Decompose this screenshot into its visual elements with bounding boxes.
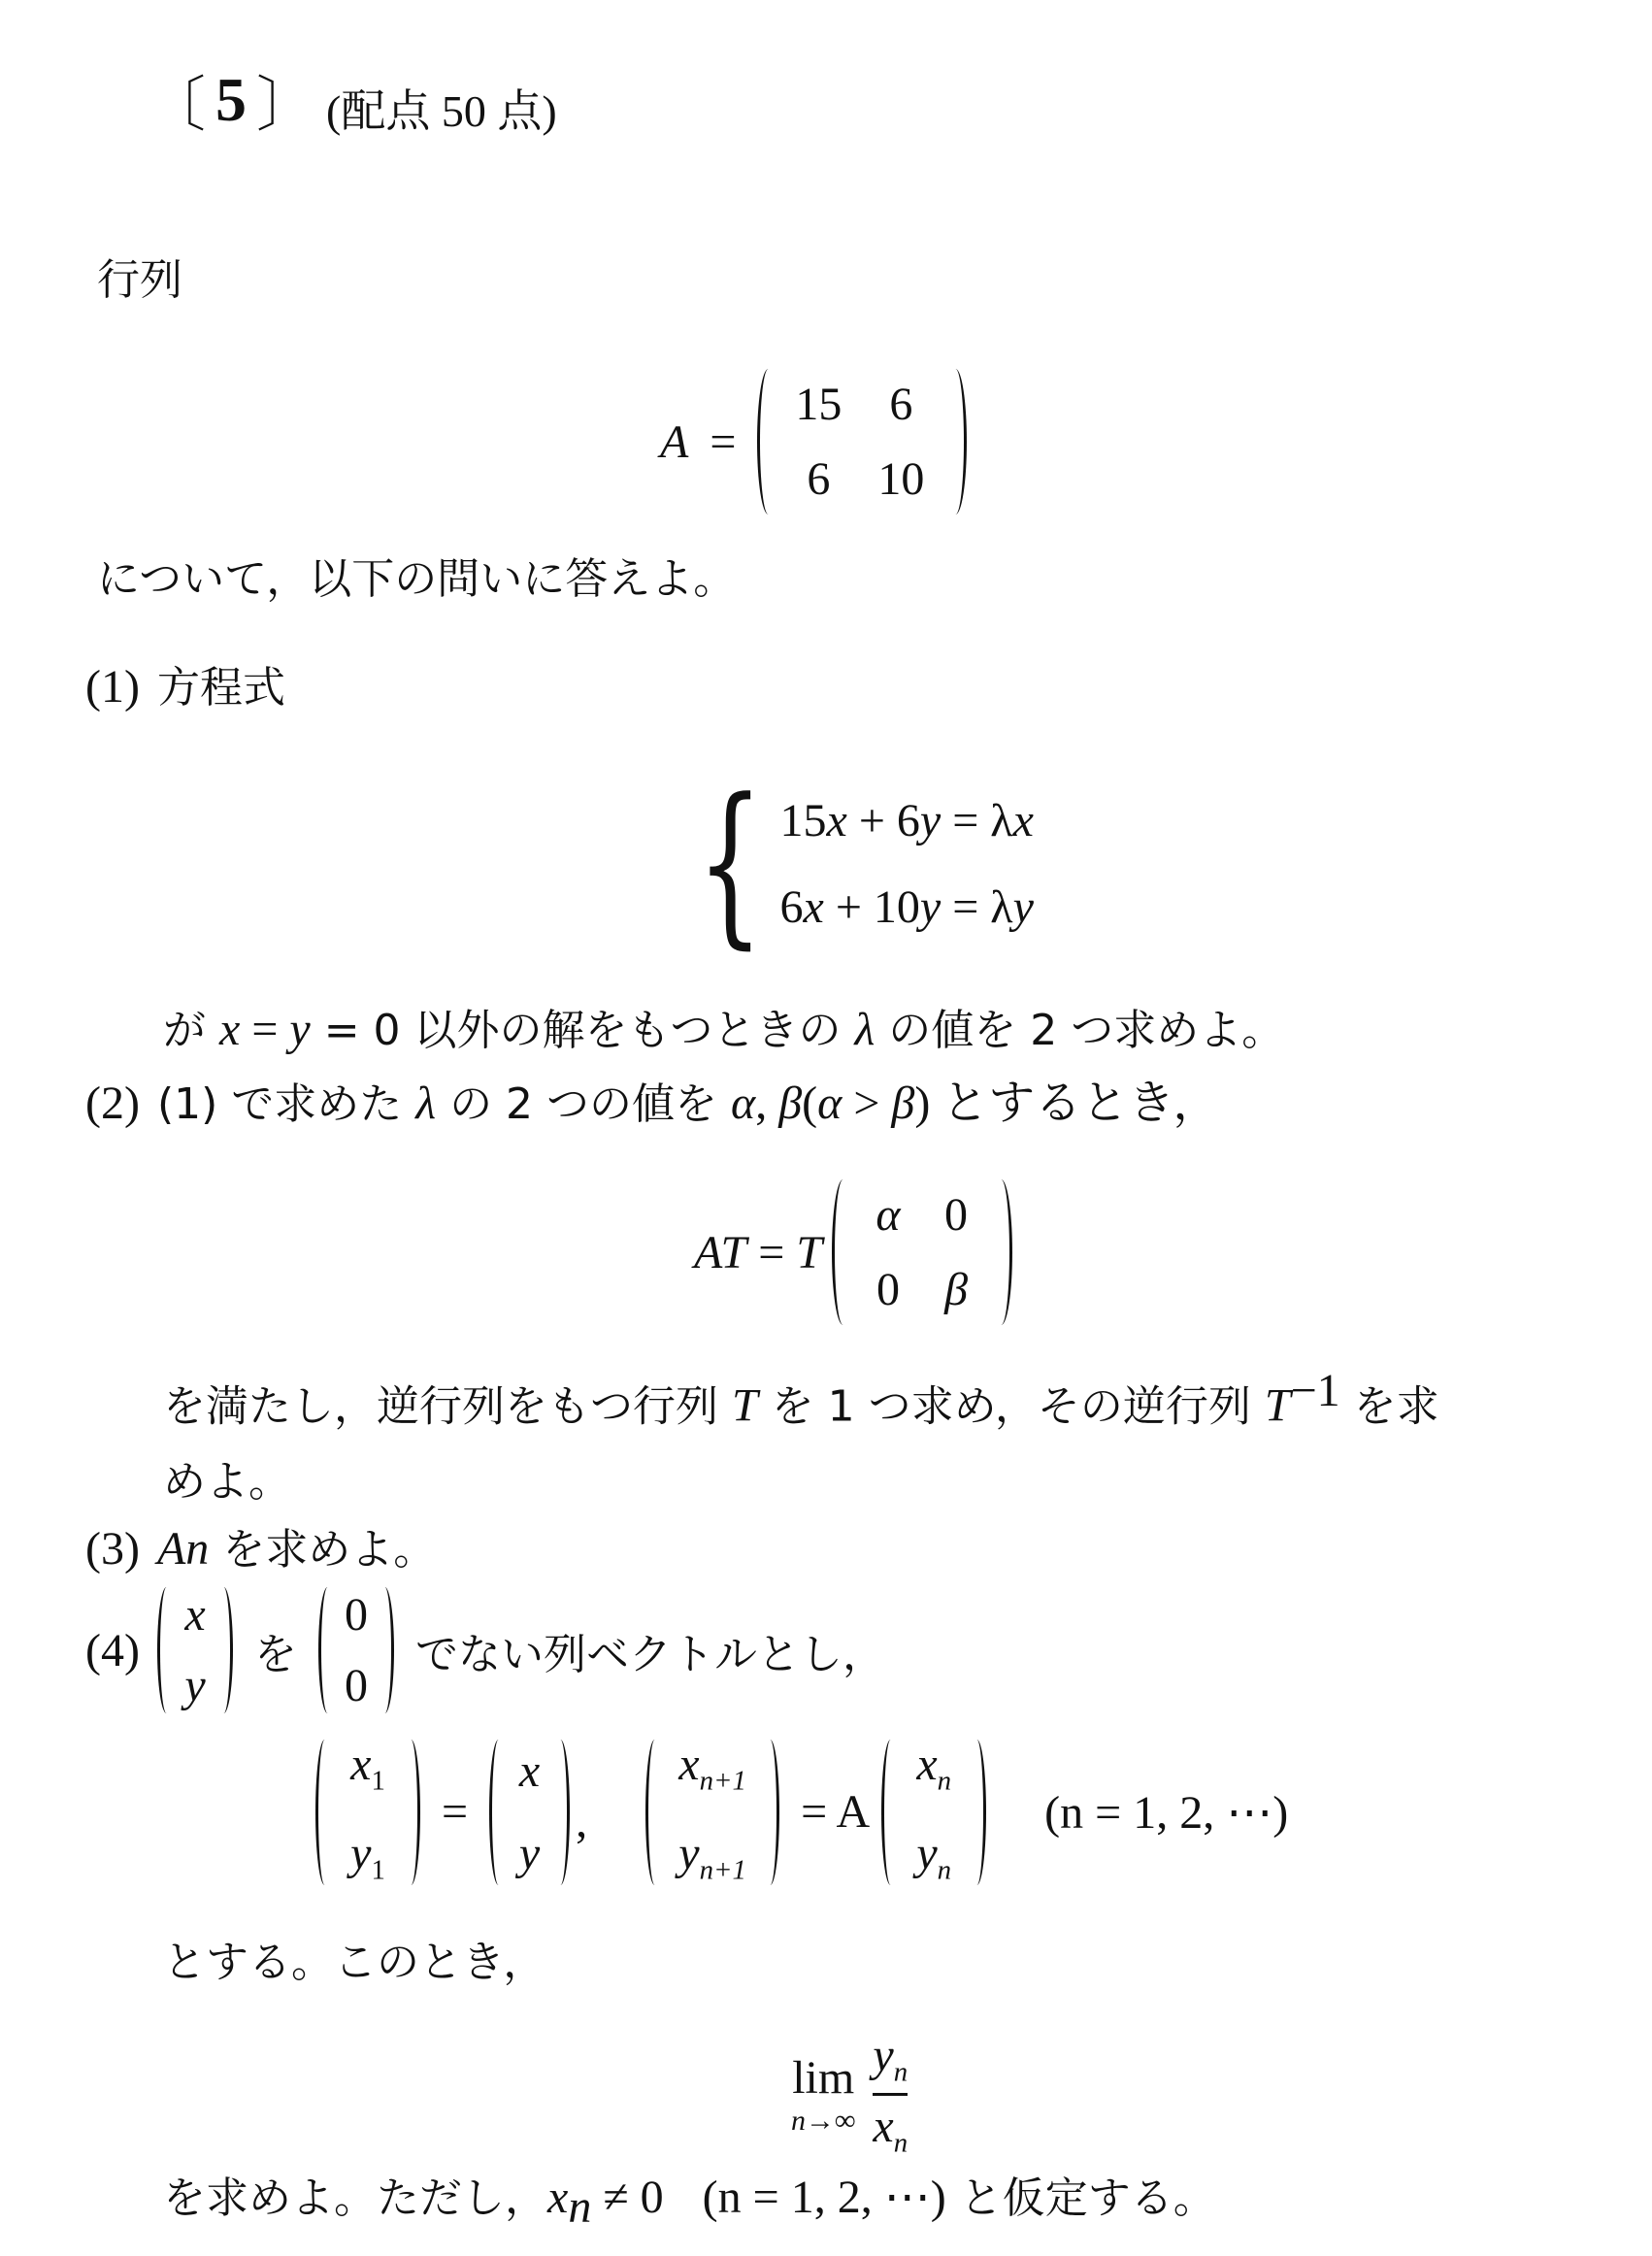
q4-number: (4) bbox=[85, 1624, 140, 1677]
header-bracket-close: 〕 bbox=[256, 56, 316, 143]
left-paren bbox=[832, 1179, 854, 1325]
q4-text: でない列ベクトルとし， bbox=[415, 1619, 885, 1681]
cell: 0 bbox=[922, 1188, 990, 1242]
left-paren bbox=[757, 369, 779, 514]
problem-header: 〔 5 〕 (配点 50 点) bbox=[146, 56, 557, 143]
equation-system: { 15x + 6y = λx 6x + 10y = λy bbox=[675, 777, 1034, 951]
vector-x1y1: x1 y1 bbox=[315, 1738, 420, 1886]
diag-matrix-cells: α 0 0 β bbox=[854, 1188, 990, 1316]
q3-number: (3) bbox=[85, 1522, 140, 1576]
cell: β bbox=[922, 1263, 990, 1316]
q1-tail: が x = y = 0 以外の解をもつときの λ の値を 2 つ求めよ。 bbox=[163, 995, 1284, 1057]
q4-wo: を bbox=[254, 1619, 297, 1681]
right-paren bbox=[944, 369, 967, 514]
limit-expression: lim n→∞ yn xn bbox=[791, 2029, 908, 2159]
q4-line: (4) x y を 0 0 でない列ベクトルとし， bbox=[85, 1587, 885, 1713]
vector-xy: x y bbox=[157, 1587, 233, 1713]
cell: 6 bbox=[779, 452, 857, 506]
equals-A: = A bbox=[801, 1785, 870, 1839]
cell: 10 bbox=[857, 452, 944, 506]
fraction-yn-xn: yn xn bbox=[873, 2029, 908, 2159]
right-paren bbox=[990, 1179, 1012, 1325]
T-symbol: T bbox=[796, 1226, 822, 1279]
vector-xn1yn1: xn+1 yn+1 bbox=[645, 1738, 779, 1886]
cell: 15 bbox=[779, 378, 857, 431]
cell: 0 bbox=[854, 1263, 922, 1316]
header-bracket-open: 〔 bbox=[146, 56, 206, 143]
matrix-A-symbol: A bbox=[660, 415, 688, 469]
matrix-A: 15 6 6 10 bbox=[757, 369, 967, 514]
intro-label: 行列 bbox=[97, 245, 182, 307]
q2-heading: (2) (1) で求めた λ の 2 つの値を α, β(α > β) とすると… bbox=[85, 1065, 1219, 1132]
q2-after-line1: を満たし，逆行列をもつ行列 T を 1 つ求め，その逆行列 T−1 を求 bbox=[163, 1364, 1439, 1434]
A-power-exp: n bbox=[185, 1522, 209, 1576]
A-power-base: A bbox=[157, 1522, 185, 1576]
vector-xy-2: x y bbox=[489, 1740, 570, 1885]
q4-final: を求めよ。ただし，xn ≠ 0(n = 1, 2, ⋯) と仮定する。 bbox=[163, 2163, 1216, 2234]
matrix-A-cells: 15 6 6 10 bbox=[779, 378, 944, 506]
vector-zero: 0 0 bbox=[318, 1587, 394, 1713]
q4-then: とする。このとき， bbox=[163, 1927, 545, 1989]
q3-line: (3) An を求めよ。 bbox=[85, 1514, 436, 1576]
q1-text: 方程式 bbox=[157, 652, 285, 714]
n-range: (n = 1, 2, ⋯) bbox=[1044, 1785, 1288, 1840]
right-paren bbox=[376, 1587, 394, 1713]
AT-lhs: AT bbox=[694, 1226, 746, 1279]
diag-matrix: α 0 0 β bbox=[832, 1179, 1012, 1325]
problem-number: 5 bbox=[215, 64, 247, 136]
points-label: (配点 50 点) bbox=[326, 76, 557, 140]
left-paren bbox=[157, 1587, 176, 1713]
q2-text: (1) で求めた λ の 2 つの値を α, β(α > β) とするとき， bbox=[157, 1065, 1219, 1132]
left-paren bbox=[318, 1587, 337, 1713]
left-brace: { bbox=[697, 777, 764, 951]
equals-sign: = bbox=[442, 1785, 468, 1839]
recurrence-equation: x1 y1 = x y , xn+1 yn+1 = A xn yn (n = 1… bbox=[315, 1738, 1288, 1886]
matrix-A-equation: A = 15 6 6 10 bbox=[660, 369, 967, 514]
intro-after: について，以下の問いに答えよ。 bbox=[97, 544, 736, 606]
cell: α bbox=[854, 1188, 922, 1242]
q2-number: (2) bbox=[85, 1077, 140, 1130]
q3-text: を求めよ。 bbox=[209, 1514, 436, 1576]
system-lines: 15x + 6y = λx 6x + 10y = λy bbox=[780, 794, 1034, 934]
system-line-1: 15x + 6y = λx bbox=[780, 794, 1034, 847]
right-paren bbox=[215, 1587, 233, 1713]
q1-heading: (1) 方程式 bbox=[85, 652, 285, 714]
q1-number: (1) bbox=[85, 660, 140, 713]
lim-operator: lim n→∞ bbox=[791, 2051, 855, 2138]
equals-sign: = bbox=[710, 415, 736, 469]
system-line-2: 6x + 10y = λy bbox=[780, 880, 1034, 934]
cell: 6 bbox=[857, 378, 944, 431]
AT-equation: AT = T α 0 0 β bbox=[694, 1179, 1012, 1325]
equals-sign: = bbox=[746, 1226, 796, 1279]
q2-after-line2: めよ。 bbox=[163, 1446, 291, 1509]
vector-xnyn: xn yn bbox=[881, 1738, 986, 1886]
